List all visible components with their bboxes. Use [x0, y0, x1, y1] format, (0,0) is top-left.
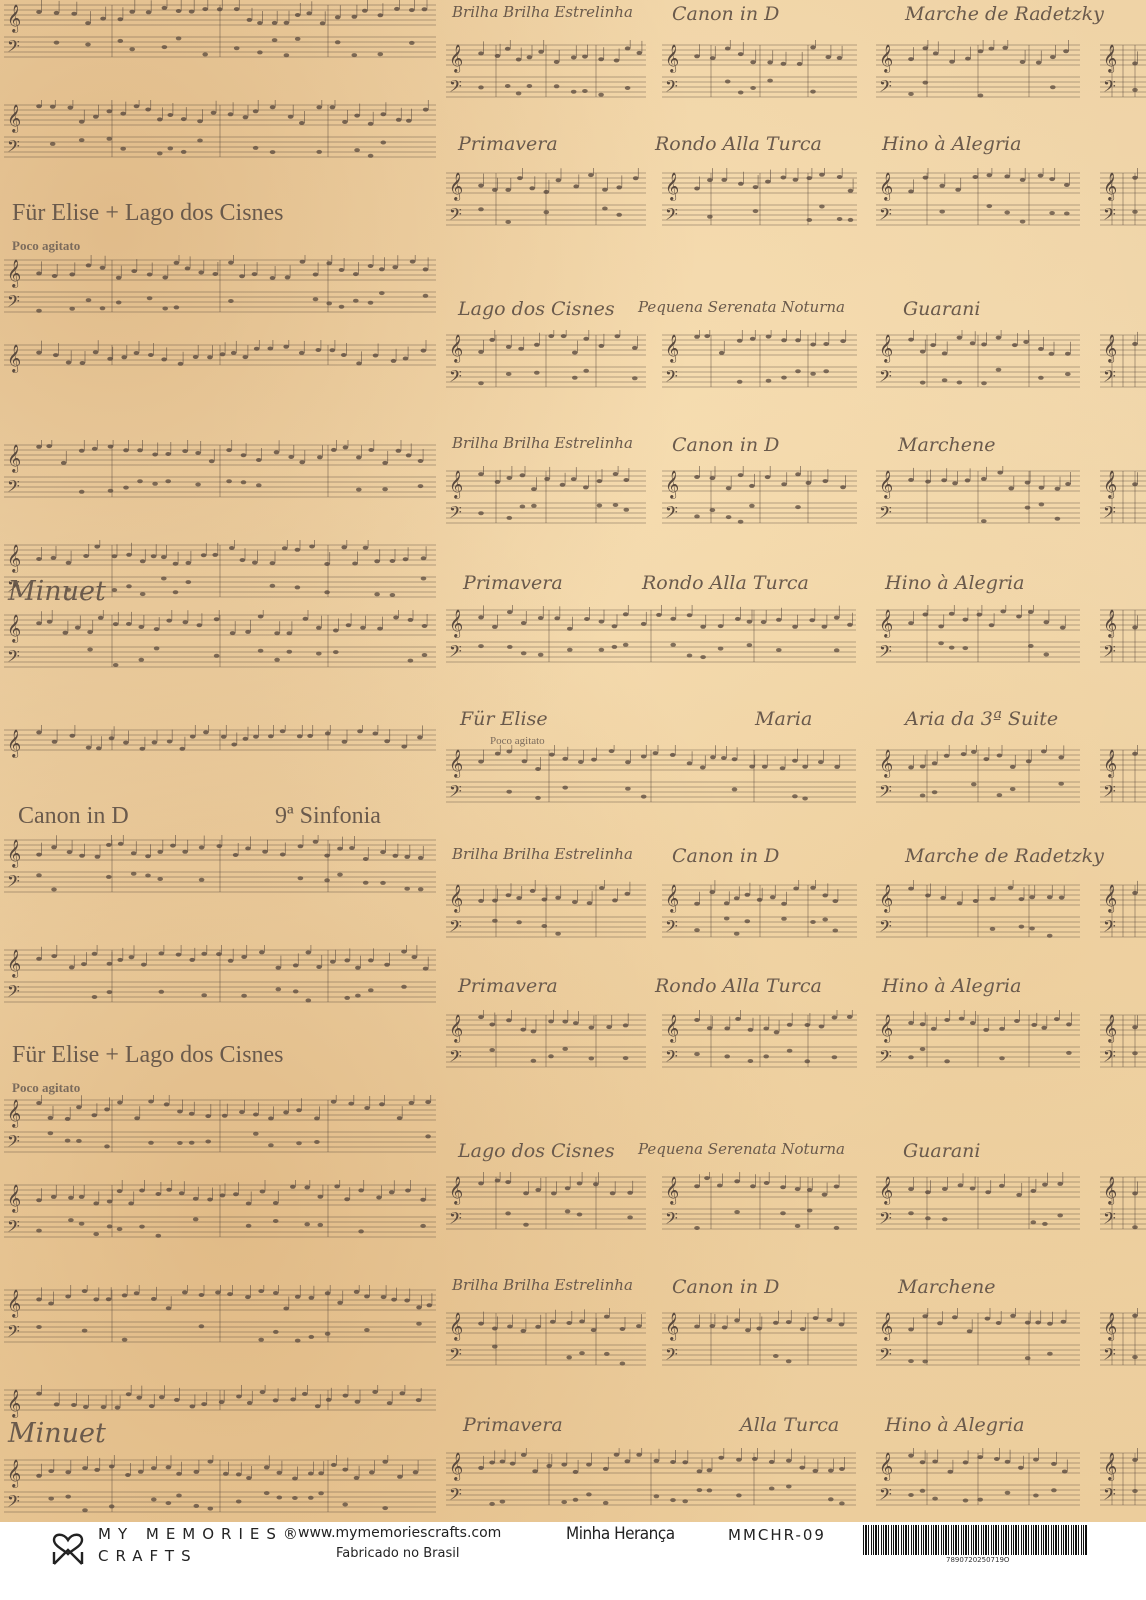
website-link[interactable]: www.mymemoriescrafts.com	[298, 1525, 501, 1541]
music-staff: 𝄞𝄢	[876, 40, 1080, 110]
music-staff: 𝄞𝄢	[4, 100, 436, 170]
music-staff: 𝄞𝄢	[876, 168, 1080, 238]
svg-text:𝄞: 𝄞	[449, 1176, 463, 1205]
song-title: Lago dos Cisnes	[458, 298, 615, 320]
svg-text:𝄞: 𝄞	[1103, 1452, 1117, 1481]
svg-text:𝄞: 𝄞	[1103, 609, 1117, 638]
svg-text:𝄞: 𝄞	[879, 44, 893, 73]
music-staff: 𝄞𝄢	[876, 1448, 1080, 1518]
svg-text:𝄢: 𝄢	[879, 204, 892, 228]
svg-text:𝄞: 𝄞	[7, 729, 21, 758]
music-staff: 𝄞𝄢	[662, 466, 857, 536]
svg-text:𝄞: 𝄞	[879, 884, 893, 913]
svg-text:𝄢: 𝄢	[7, 981, 20, 1005]
song-title: Brilha Brilha Estrelinha	[452, 1276, 633, 1294]
svg-text:𝄢: 𝄢	[879, 502, 892, 526]
svg-text:𝄢: 𝄢	[665, 1046, 678, 1070]
svg-text:𝄞: 𝄞	[1103, 749, 1117, 778]
song-title: Canon in D	[672, 434, 779, 456]
svg-text:𝄢: 𝄢	[1103, 1046, 1116, 1070]
svg-text:𝄞: 𝄞	[879, 334, 893, 363]
music-staff: 𝄞𝄢	[446, 168, 646, 238]
music-staff: 𝄞	[4, 340, 436, 378]
svg-text:𝄢: 𝄢	[879, 1484, 892, 1508]
svg-text:𝄢: 𝄢	[7, 36, 20, 60]
song-title: Pequena Serenata Noturna	[638, 1140, 845, 1158]
music-staff: 𝄞𝄢	[446, 40, 646, 110]
song-title: Primavera	[463, 572, 563, 594]
svg-text:𝄞: 𝄞	[7, 614, 21, 643]
brand-name: MY MEMORIES®	[98, 1525, 305, 1543]
svg-text:𝄢: 𝄢	[1103, 502, 1116, 526]
svg-text:𝄞: 𝄞	[1103, 884, 1117, 913]
svg-text:𝄢: 𝄢	[1103, 781, 1116, 805]
song-title: Brilha Brilha Estrelinha	[452, 845, 633, 863]
svg-text:𝄞: 𝄞	[665, 470, 679, 499]
song-title: 9ª Sinfonia	[275, 803, 381, 830]
music-staff: 𝄞𝄢	[662, 330, 857, 400]
svg-text:𝄢: 𝄢	[665, 76, 678, 100]
music-staff: 𝄞𝄢	[662, 40, 857, 110]
svg-text:𝄢: 𝄢	[1103, 916, 1116, 940]
svg-text:𝄢: 𝄢	[449, 366, 462, 390]
svg-text:𝄞: 𝄞	[1103, 1312, 1117, 1341]
made-in-label: Fabricado no Brasil	[336, 1546, 459, 1561]
svg-text:𝄢: 𝄢	[1103, 641, 1116, 665]
song-title: Rondo Alla Turca	[655, 975, 822, 997]
music-staff: 𝄞𝄢	[446, 1172, 646, 1242]
song-title: Alla Turca	[740, 1414, 839, 1436]
svg-text:𝄢: 𝄢	[7, 1131, 20, 1155]
music-staff: 𝄞𝄢	[876, 1010, 1080, 1080]
music-staff: 𝄞𝄢	[662, 880, 857, 950]
svg-text:𝄢: 𝄢	[7, 871, 20, 895]
music-staff: 𝄞𝄢	[446, 880, 646, 950]
sheet-music-paper: 𝄞𝄢𝄞𝄢𝄞𝄢𝄞𝄞𝄢𝄞𝄢𝄞𝄢𝄞𝄞𝄢𝄞𝄢𝄞𝄢𝄞𝄢𝄞𝄢𝄞𝄞𝄢𝄞𝄢𝄞𝄢𝄞𝄢𝄞𝄢𝄞𝄢𝄞𝄢𝄞…	[0, 0, 1146, 1522]
svg-text:𝄞: 𝄞	[1103, 1176, 1117, 1205]
svg-text:𝄞: 𝄞	[449, 1014, 463, 1043]
svg-text:𝄞: 𝄞	[7, 544, 21, 573]
song-title: Rondo Alla Turca	[655, 133, 822, 155]
song-title: Hino à Alegria	[882, 133, 1021, 155]
barcode	[863, 1525, 1087, 1555]
collection-name: Minha Herança	[566, 1524, 675, 1544]
svg-text:𝄞: 𝄞	[665, 1014, 679, 1043]
music-staff: 𝄞𝄢	[4, 1095, 436, 1165]
svg-text:𝄢: 𝄢	[449, 916, 462, 940]
tempo-mark: Poco agitato	[12, 238, 80, 254]
svg-text:𝄢: 𝄢	[665, 366, 678, 390]
svg-text:𝄢: 𝄢	[449, 1484, 462, 1508]
svg-text:𝄞: 𝄞	[7, 259, 21, 288]
music-staff: 𝄞𝄢	[876, 1308, 1080, 1378]
song-title: Primavera	[458, 975, 558, 997]
svg-text:𝄢: 𝄢	[7, 1491, 20, 1515]
music-staff: 𝄞𝄢	[446, 466, 646, 536]
svg-text:𝄞: 𝄞	[7, 1099, 21, 1128]
song-title: Für Elise + Lago dos Cisnes	[12, 1042, 284, 1069]
svg-text:𝄢: 𝄢	[665, 204, 678, 228]
svg-text:𝄞: 𝄞	[665, 172, 679, 201]
song-title: Canon in D	[672, 845, 779, 867]
song-title: Pequena Serenata Noturna	[638, 298, 845, 316]
music-staff: 𝄞𝄢	[1100, 1448, 1146, 1518]
music-staff: 𝄞𝄢	[4, 945, 436, 1015]
svg-text:𝄞: 𝄞	[665, 1312, 679, 1341]
music-staff: 𝄞𝄢	[4, 835, 436, 905]
song-title: Canon in D	[672, 3, 779, 25]
music-staff: 𝄞𝄢	[446, 1010, 646, 1080]
music-staff: 𝄞𝄢	[662, 1010, 857, 1080]
svg-text:𝄞: 𝄞	[7, 444, 21, 473]
svg-text:𝄢: 𝄢	[1103, 1208, 1116, 1232]
tempo-mark: Poco agitato	[12, 1080, 80, 1096]
music-staff: 𝄞𝄢	[1100, 880, 1146, 950]
svg-text:𝄞: 𝄞	[879, 1176, 893, 1205]
music-staff: 𝄞𝄢	[876, 605, 1080, 675]
svg-text:𝄞: 𝄞	[665, 884, 679, 913]
music-staff: 𝄞𝄢	[1100, 1308, 1146, 1378]
svg-text:𝄢: 𝄢	[449, 781, 462, 805]
song-title: Aria da 3ª Suite	[905, 708, 1058, 730]
svg-text:𝄞: 𝄞	[7, 839, 21, 868]
music-staff: 𝄞𝄢	[1100, 745, 1146, 815]
svg-text:𝄞: 𝄞	[879, 1312, 893, 1341]
svg-text:𝄢: 𝄢	[7, 646, 20, 670]
music-staff: 𝄞𝄢	[662, 1172, 857, 1242]
svg-text:𝄞: 𝄞	[1103, 334, 1117, 363]
svg-text:𝄞: 𝄞	[449, 1452, 463, 1481]
svg-text:𝄞: 𝄞	[665, 334, 679, 363]
music-staff: 𝄞𝄢	[876, 1172, 1080, 1242]
svg-text:𝄞: 𝄞	[7, 949, 21, 978]
music-staff: 𝄞𝄢	[4, 1455, 436, 1522]
song-title: Marche de Radetzky	[905, 845, 1104, 867]
svg-text:𝄞: 𝄞	[449, 884, 463, 913]
barcode-number: 7890720250719O	[946, 1556, 1009, 1564]
svg-text:𝄢: 𝄢	[449, 204, 462, 228]
svg-text:𝄢: 𝄢	[879, 76, 892, 100]
music-staff: 𝄞𝄢	[1100, 40, 1146, 110]
song-title: Für Elise	[460, 708, 548, 730]
song-title: Für Elise + Lago dos Cisnes	[12, 200, 284, 227]
svg-text:𝄞: 𝄞	[879, 609, 893, 638]
svg-text:𝄢: 𝄢	[879, 781, 892, 805]
svg-text:𝄞: 𝄞	[879, 749, 893, 778]
brand-crafts: CRAFTS	[98, 1547, 198, 1565]
svg-text:𝄞: 𝄞	[7, 1184, 21, 1213]
svg-text:𝄢: 𝄢	[449, 502, 462, 526]
svg-text:𝄞: 𝄞	[1103, 172, 1117, 201]
my-memories-logo-icon	[50, 1530, 86, 1566]
svg-text:𝄞: 𝄞	[879, 172, 893, 201]
svg-text:𝄢: 𝄢	[449, 641, 462, 665]
svg-text:𝄢: 𝄢	[1103, 1344, 1116, 1368]
music-staff: 𝄞𝄢	[446, 1308, 646, 1378]
svg-text:𝄢: 𝄢	[665, 916, 678, 940]
music-staff: 𝄞𝄢	[446, 330, 646, 400]
song-title: Marchene	[898, 1276, 995, 1298]
svg-text:𝄢: 𝄢	[7, 476, 20, 500]
svg-text:𝄢: 𝄢	[879, 1046, 892, 1070]
music-staff: 𝄞𝄢	[4, 1285, 436, 1355]
music-staff: 𝄞𝄢	[662, 168, 857, 238]
music-staff: 𝄞𝄢	[876, 745, 1080, 815]
svg-text:𝄢: 𝄢	[665, 1208, 678, 1232]
song-title: Maria	[755, 708, 812, 730]
svg-text:𝄢: 𝄢	[665, 1344, 678, 1368]
music-staff: 𝄞𝄢	[4, 610, 436, 680]
svg-text:𝄢: 𝄢	[665, 502, 678, 526]
tempo-mark: Poco agitato	[490, 735, 545, 747]
svg-text:𝄞: 𝄞	[7, 4, 21, 33]
song-title: Brilha Brilha Estrelinha	[452, 3, 633, 21]
music-staff: 𝄞𝄢	[1100, 168, 1146, 238]
music-staff: 𝄞𝄢	[446, 605, 856, 675]
svg-text:𝄞: 𝄞	[449, 44, 463, 73]
svg-text:𝄞: 𝄞	[449, 334, 463, 363]
music-staff: 𝄞𝄢	[1100, 1172, 1146, 1242]
music-staff: 𝄞𝄢	[446, 1448, 856, 1518]
svg-text:𝄞: 𝄞	[449, 749, 463, 778]
music-staff: 𝄞𝄢	[1100, 1010, 1146, 1080]
song-title: Canon in D	[672, 1276, 779, 1298]
svg-text:𝄞: 𝄞	[7, 344, 21, 373]
svg-text:𝄢: 𝄢	[449, 1208, 462, 1232]
song-title: Rondo Alla Turca	[642, 572, 809, 594]
svg-text:𝄢: 𝄢	[879, 366, 892, 390]
song-title: Primavera	[463, 1414, 563, 1436]
song-title: Lago dos Cisnes	[458, 1140, 615, 1162]
svg-text:𝄞: 𝄞	[879, 1014, 893, 1043]
music-staff: 𝄞𝄢	[876, 330, 1080, 400]
svg-text:𝄢: 𝄢	[879, 916, 892, 940]
song-title: Guarani	[903, 298, 980, 320]
song-title: Brilha Brilha Estrelinha	[452, 434, 633, 452]
svg-text:𝄞: 𝄞	[1103, 44, 1117, 73]
svg-text:𝄞: 𝄞	[449, 172, 463, 201]
svg-text:𝄢: 𝄢	[1103, 366, 1116, 390]
song-title: Minuet	[8, 576, 106, 607]
svg-text:𝄢: 𝄢	[7, 291, 20, 315]
svg-text:𝄞: 𝄞	[7, 1459, 21, 1488]
song-title: Hino à Alegria	[885, 572, 1024, 594]
music-staff: 𝄞𝄢	[4, 440, 436, 510]
svg-text:𝄞: 𝄞	[449, 470, 463, 499]
svg-text:𝄢: 𝄢	[1103, 204, 1116, 228]
svg-text:𝄢: 𝄢	[879, 641, 892, 665]
svg-text:𝄞: 𝄞	[1103, 470, 1117, 499]
music-staff: 𝄞𝄢	[876, 466, 1080, 536]
song-title: Hino à Alegria	[882, 975, 1021, 997]
song-title: Marchene	[898, 434, 995, 456]
svg-text:𝄢: 𝄢	[1103, 1484, 1116, 1508]
song-title: Primavera	[458, 133, 558, 155]
song-title: Minuet	[8, 1418, 106, 1449]
svg-text:𝄢: 𝄢	[449, 1046, 462, 1070]
song-title: Marche de Radetzky	[905, 3, 1104, 25]
svg-text:𝄞: 𝄞	[7, 1289, 21, 1318]
music-staff: 𝄞	[4, 725, 436, 763]
music-staff: 𝄞𝄢	[446, 745, 856, 815]
svg-text:𝄞: 𝄞	[879, 1452, 893, 1481]
song-title: Hino à Alegria	[885, 1414, 1024, 1436]
svg-text:𝄞: 𝄞	[665, 1176, 679, 1205]
svg-text:𝄞: 𝄞	[1103, 1014, 1117, 1043]
music-staff: 𝄞𝄢	[4, 1180, 436, 1250]
svg-text:𝄞: 𝄞	[449, 609, 463, 638]
music-staff: 𝄞𝄢	[1100, 466, 1146, 536]
svg-text:𝄢: 𝄢	[449, 76, 462, 100]
svg-text:𝄞: 𝄞	[7, 104, 21, 133]
svg-text:𝄞: 𝄞	[449, 1312, 463, 1341]
svg-text:𝄢: 𝄢	[879, 1344, 892, 1368]
music-staff: 𝄞𝄢	[1100, 330, 1146, 400]
music-staff: 𝄞𝄢	[4, 0, 436, 70]
sku-code: MMCHR-09	[728, 1526, 826, 1544]
svg-text:𝄢: 𝄢	[1103, 76, 1116, 100]
music-staff: 𝄞𝄢	[876, 880, 1080, 950]
song-title: Canon in D	[18, 803, 129, 830]
svg-text:𝄢: 𝄢	[7, 1321, 20, 1345]
music-staff: 𝄞𝄢	[662, 1308, 857, 1378]
svg-text:𝄢: 𝄢	[879, 1208, 892, 1232]
song-title: Guarani	[903, 1140, 980, 1162]
music-staff: 𝄞𝄢	[1100, 605, 1146, 675]
svg-text:𝄞: 𝄞	[7, 1389, 21, 1418]
svg-text:𝄢: 𝄢	[7, 1216, 20, 1240]
svg-text:𝄞: 𝄞	[879, 470, 893, 499]
music-staff: 𝄞𝄢	[4, 255, 436, 325]
svg-text:𝄢: 𝄢	[449, 1344, 462, 1368]
svg-text:𝄞: 𝄞	[665, 44, 679, 73]
svg-text:𝄢: 𝄢	[7, 136, 20, 160]
